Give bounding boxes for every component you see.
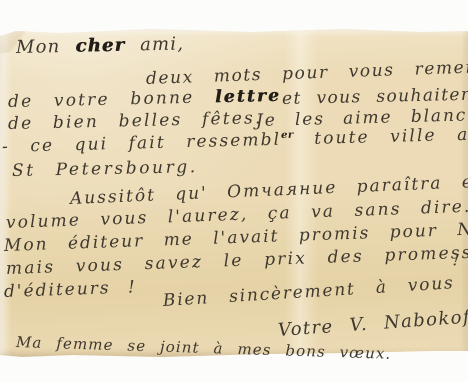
salutation-line: Mon cher ami,	[16, 33, 185, 58]
line-st-petersbourg: St Petersbourg.	[12, 157, 198, 181]
insertion-mark: er	[281, 130, 294, 141]
overwritten-word-cher: cher	[75, 35, 125, 57]
overwritten-word-lettre: lettre	[215, 86, 281, 107]
salutation-pre: Mon	[16, 36, 76, 58]
photograph: Mon cher ami, deux mots pour vous remerc…	[0, 0, 468, 382]
salutation-post: ami,	[125, 33, 184, 55]
